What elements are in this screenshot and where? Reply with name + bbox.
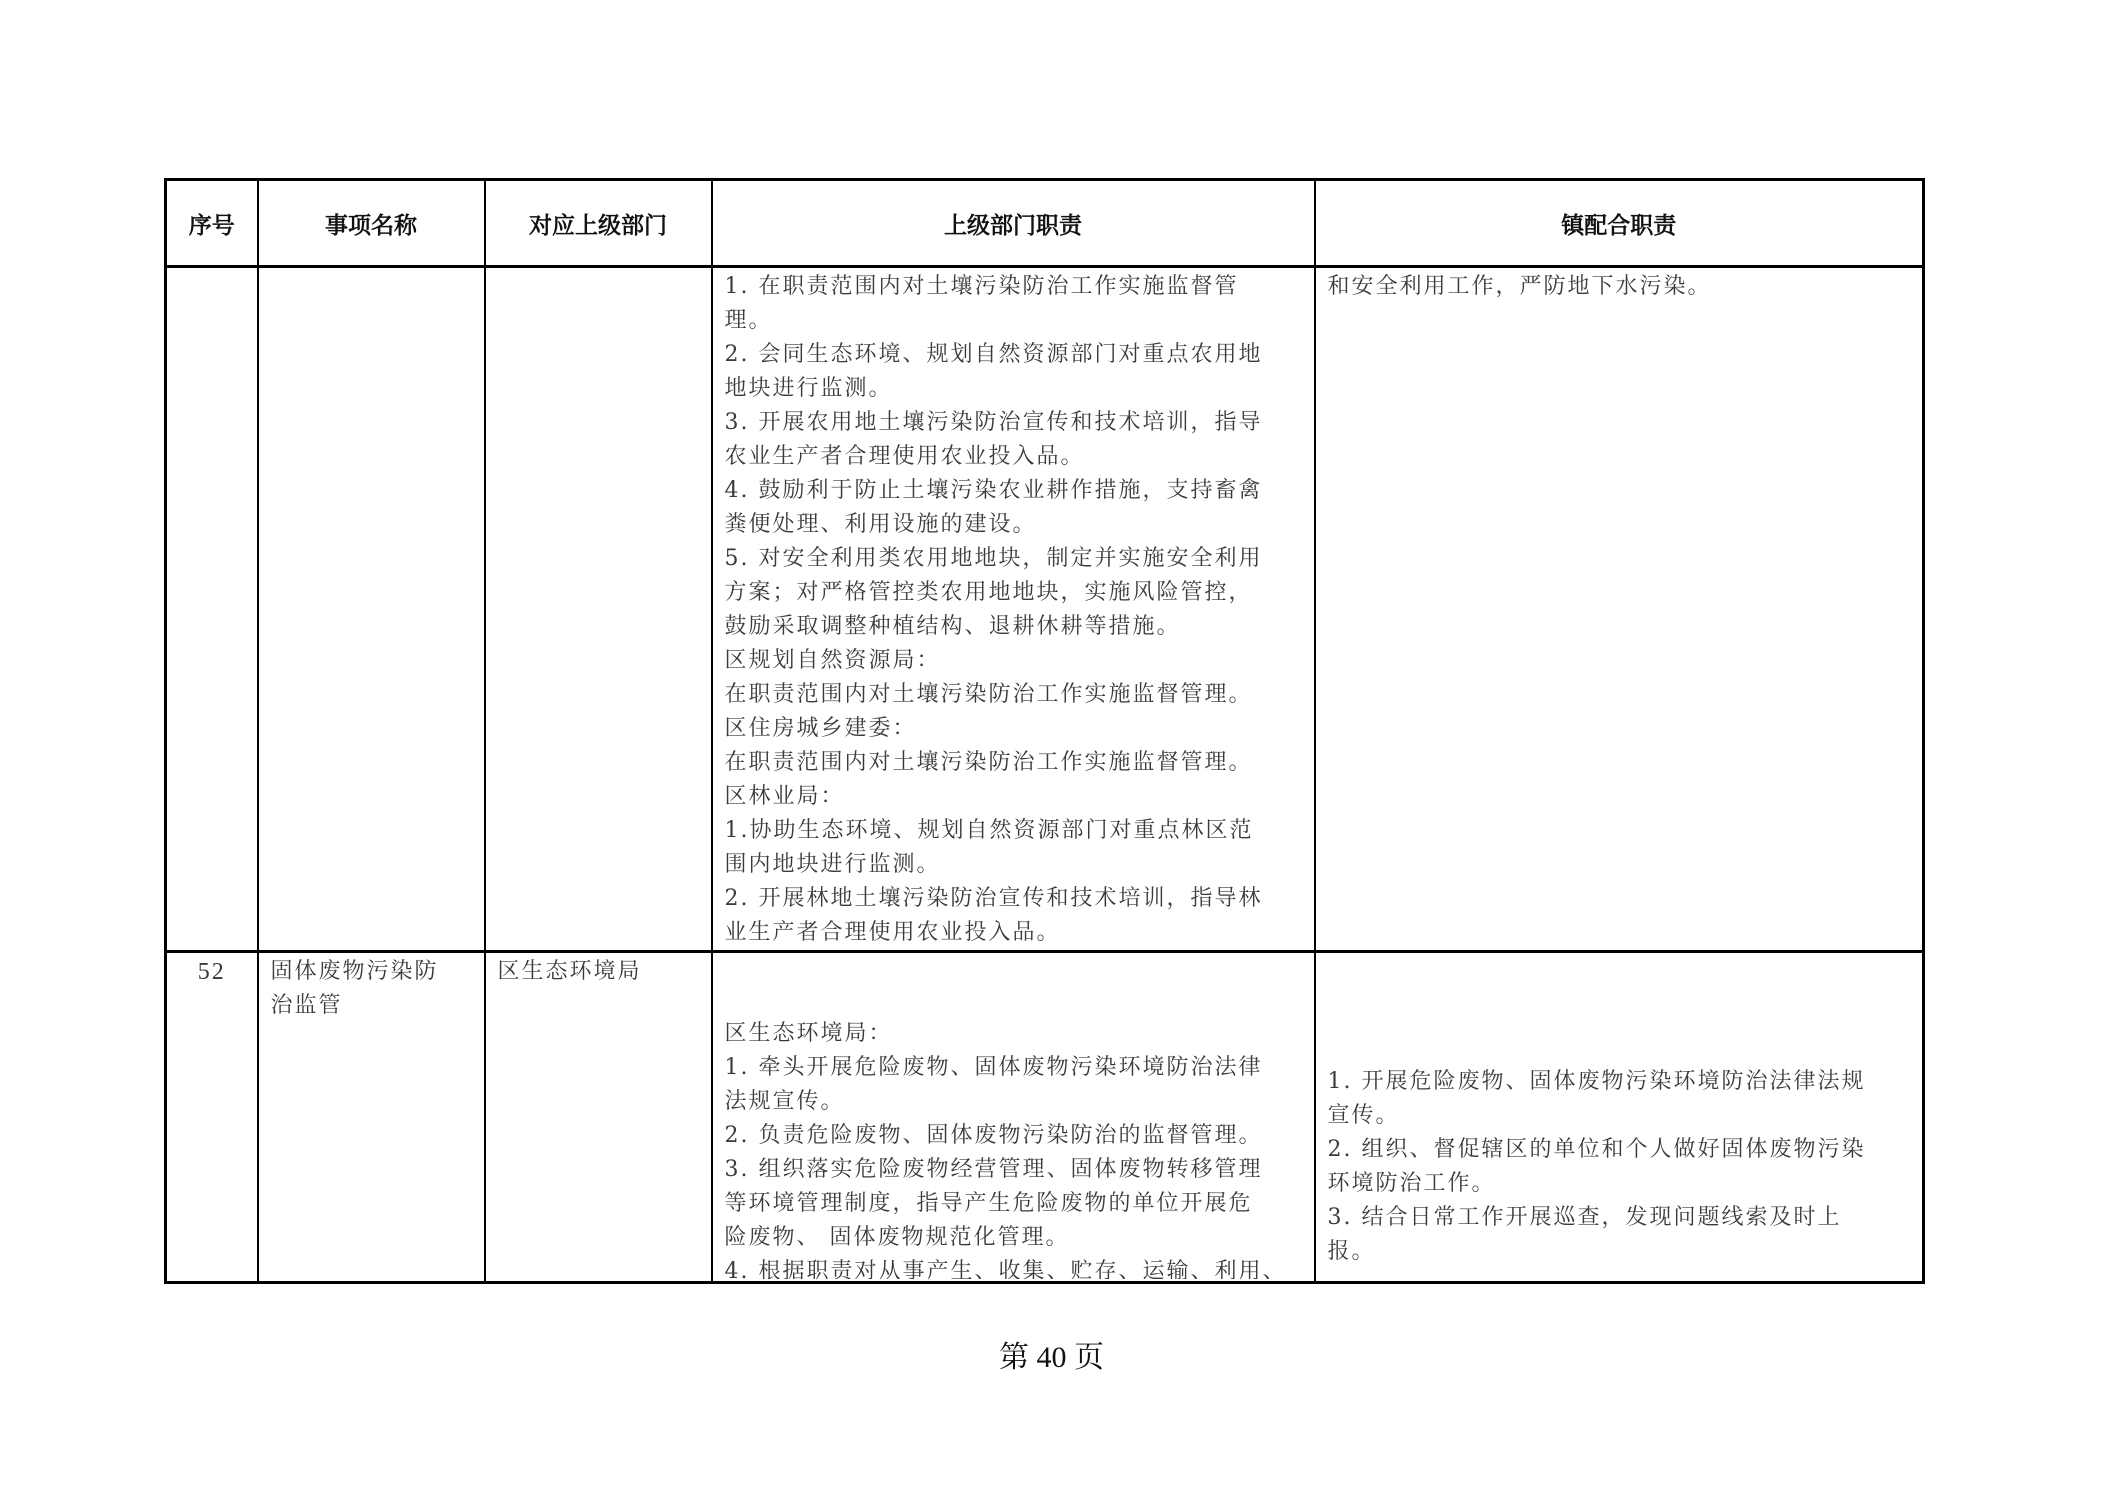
document-page: 序号 事项名称 对应上级部门 上级部门职责 镇配合职责 1. 在职责范围内对土壤… — [0, 0, 2103, 1486]
town-duty-line: 3. 结合日常工作开展巡查，发现问题线索及时上 — [1328, 1201, 1911, 1235]
seq-cell — [166, 267, 258, 952]
duty-line: 业生产者合理使用农业投入品。 — [725, 916, 1302, 950]
duty-line: 1. 在职责范围内对土壤污染防治工作实施监督管 — [725, 270, 1302, 304]
header-town-duties: 镇配合职责 — [1315, 180, 1924, 267]
duty-line: 2. 负责危险废物、固体废物污染防治的监督管理。 — [725, 1119, 1302, 1153]
header-seq: 序号 — [166, 180, 258, 267]
duty-line: 2. 会同生态环境、规划自然资源部门对重点农用地 — [725, 338, 1302, 372]
town-duty-line: 2. 组织、督促辖区的单位和个人做好固体废物污染 — [1328, 1133, 1911, 1167]
header-upper-duties: 上级部门职责 — [712, 180, 1315, 267]
town-duty-line: 报。 — [1328, 1235, 1911, 1269]
duty-line: 险废物、 固体废物规范化管理。 — [725, 1221, 1302, 1255]
header-dept: 对应上级部门 — [485, 180, 712, 267]
duty-line: 5. 对安全利用类农用地地块，制定并实施安全利用 — [725, 542, 1302, 576]
item-name-cell: 固体废物污染防 治监管 — [258, 952, 485, 1283]
duty-line: 方案；对严格管控类农用地地块，实施风险管控， — [725, 576, 1302, 610]
duty-dept-heading: 区住房城乡建委： — [725, 712, 1302, 746]
duty-line: 4. 根据职责对从事产生、收集、贮存、运输、利用、 — [725, 1255, 1302, 1279]
duty-line: 1. 牵头开展危险废物、固体废物污染环境防治法律 — [725, 1051, 1302, 1085]
town-duties-cell: 1. 开展危险废物、固体废物污染环境防治法律法规 宣传。 2. 组织、督促辖区的… — [1315, 952, 1924, 1283]
duty-line: 1.协助生态环境、规划自然资源部门对重点林区范 — [725, 814, 1302, 848]
duty-line: 鼓励采取调整种植结构、退耕休耕等措施。 — [725, 610, 1302, 644]
duty-line: 4. 鼓励利于防止土壤污染农业耕作措施，支持畜禽 — [725, 474, 1302, 508]
town-duty-line: 环境防治工作。 — [1328, 1167, 1911, 1201]
town-duty-line: 和安全利用工作，严防地下水污染。 — [1328, 270, 1911, 304]
duty-dept-heading: 区林业局： — [725, 780, 1302, 814]
header-item-name: 事项名称 — [258, 180, 485, 267]
duty-dept-heading: 区生态环境局： — [725, 1017, 1302, 1051]
duty-line: 2. 开展林地土壤污染防治宣传和技术培训，指导林 — [725, 882, 1302, 916]
table-row: 52 固体废物污染防 治监管 区生态环境局 区生态环境局： 1. 牵头开展危险废… — [166, 952, 1924, 1283]
town-duties-cell: 和安全利用工作，严防地下水污染。 — [1315, 267, 1924, 952]
duty-line: 3. 开展农用地土壤污染防治宣传和技术培训，指导 — [725, 406, 1302, 440]
duty-line: 3. 组织落实危险废物经营管理、固体废物转移管理 — [725, 1153, 1302, 1187]
duty-line: 法规宣传。 — [725, 1085, 1302, 1119]
upper-duties-cell: 1. 在职责范围内对土壤污染防治工作实施监督管 理。 2. 会同生态环境、规划自… — [712, 267, 1315, 952]
town-duty-line: 宣传。 — [1328, 1099, 1911, 1133]
table-header-row: 序号 事项名称 对应上级部门 上级部门职责 镇配合职责 — [166, 180, 1924, 267]
duty-line: 围内地块进行监测。 — [725, 848, 1302, 882]
item-name-cell — [258, 267, 485, 952]
duty-line: 在职责范围内对土壤污染防治工作实施监督管理。 — [725, 746, 1302, 780]
duties-table: 序号 事项名称 对应上级部门 上级部门职责 镇配合职责 1. 在职责范围内对土壤… — [164, 178, 1925, 1284]
duty-line: 粪便处理、利用设施的建设。 — [725, 508, 1302, 542]
table-row: 1. 在职责范围内对土壤污染防治工作实施监督管 理。 2. 会同生态环境、规划自… — [166, 267, 1924, 952]
seq-cell: 52 — [166, 952, 258, 1283]
page-number: 第 40 页 — [0, 1332, 2103, 1376]
duty-line: 在职责范围内对土壤污染防治工作实施监督管理。 — [725, 678, 1302, 712]
upper-duties-cell: 区生态环境局： 1. 牵头开展危险废物、固体废物污染环境防治法律 法规宣传。 2… — [712, 952, 1315, 1283]
town-duty-line: 1. 开展危险废物、固体废物污染环境防治法律法规 — [1328, 1065, 1911, 1099]
duty-line: 地块进行监测。 — [725, 372, 1302, 406]
duty-line: 农业生产者合理使用农业投入品。 — [725, 440, 1302, 474]
duty-dept-heading: 区规划自然资源局： — [725, 644, 1302, 678]
duty-line: 等环境管理制度，指导产生危险废物的单位开展危 — [725, 1187, 1302, 1221]
dept-cell: 区生态环境局 — [485, 952, 712, 1283]
duty-line: 理。 — [725, 304, 1302, 338]
dept-cell — [485, 267, 712, 952]
